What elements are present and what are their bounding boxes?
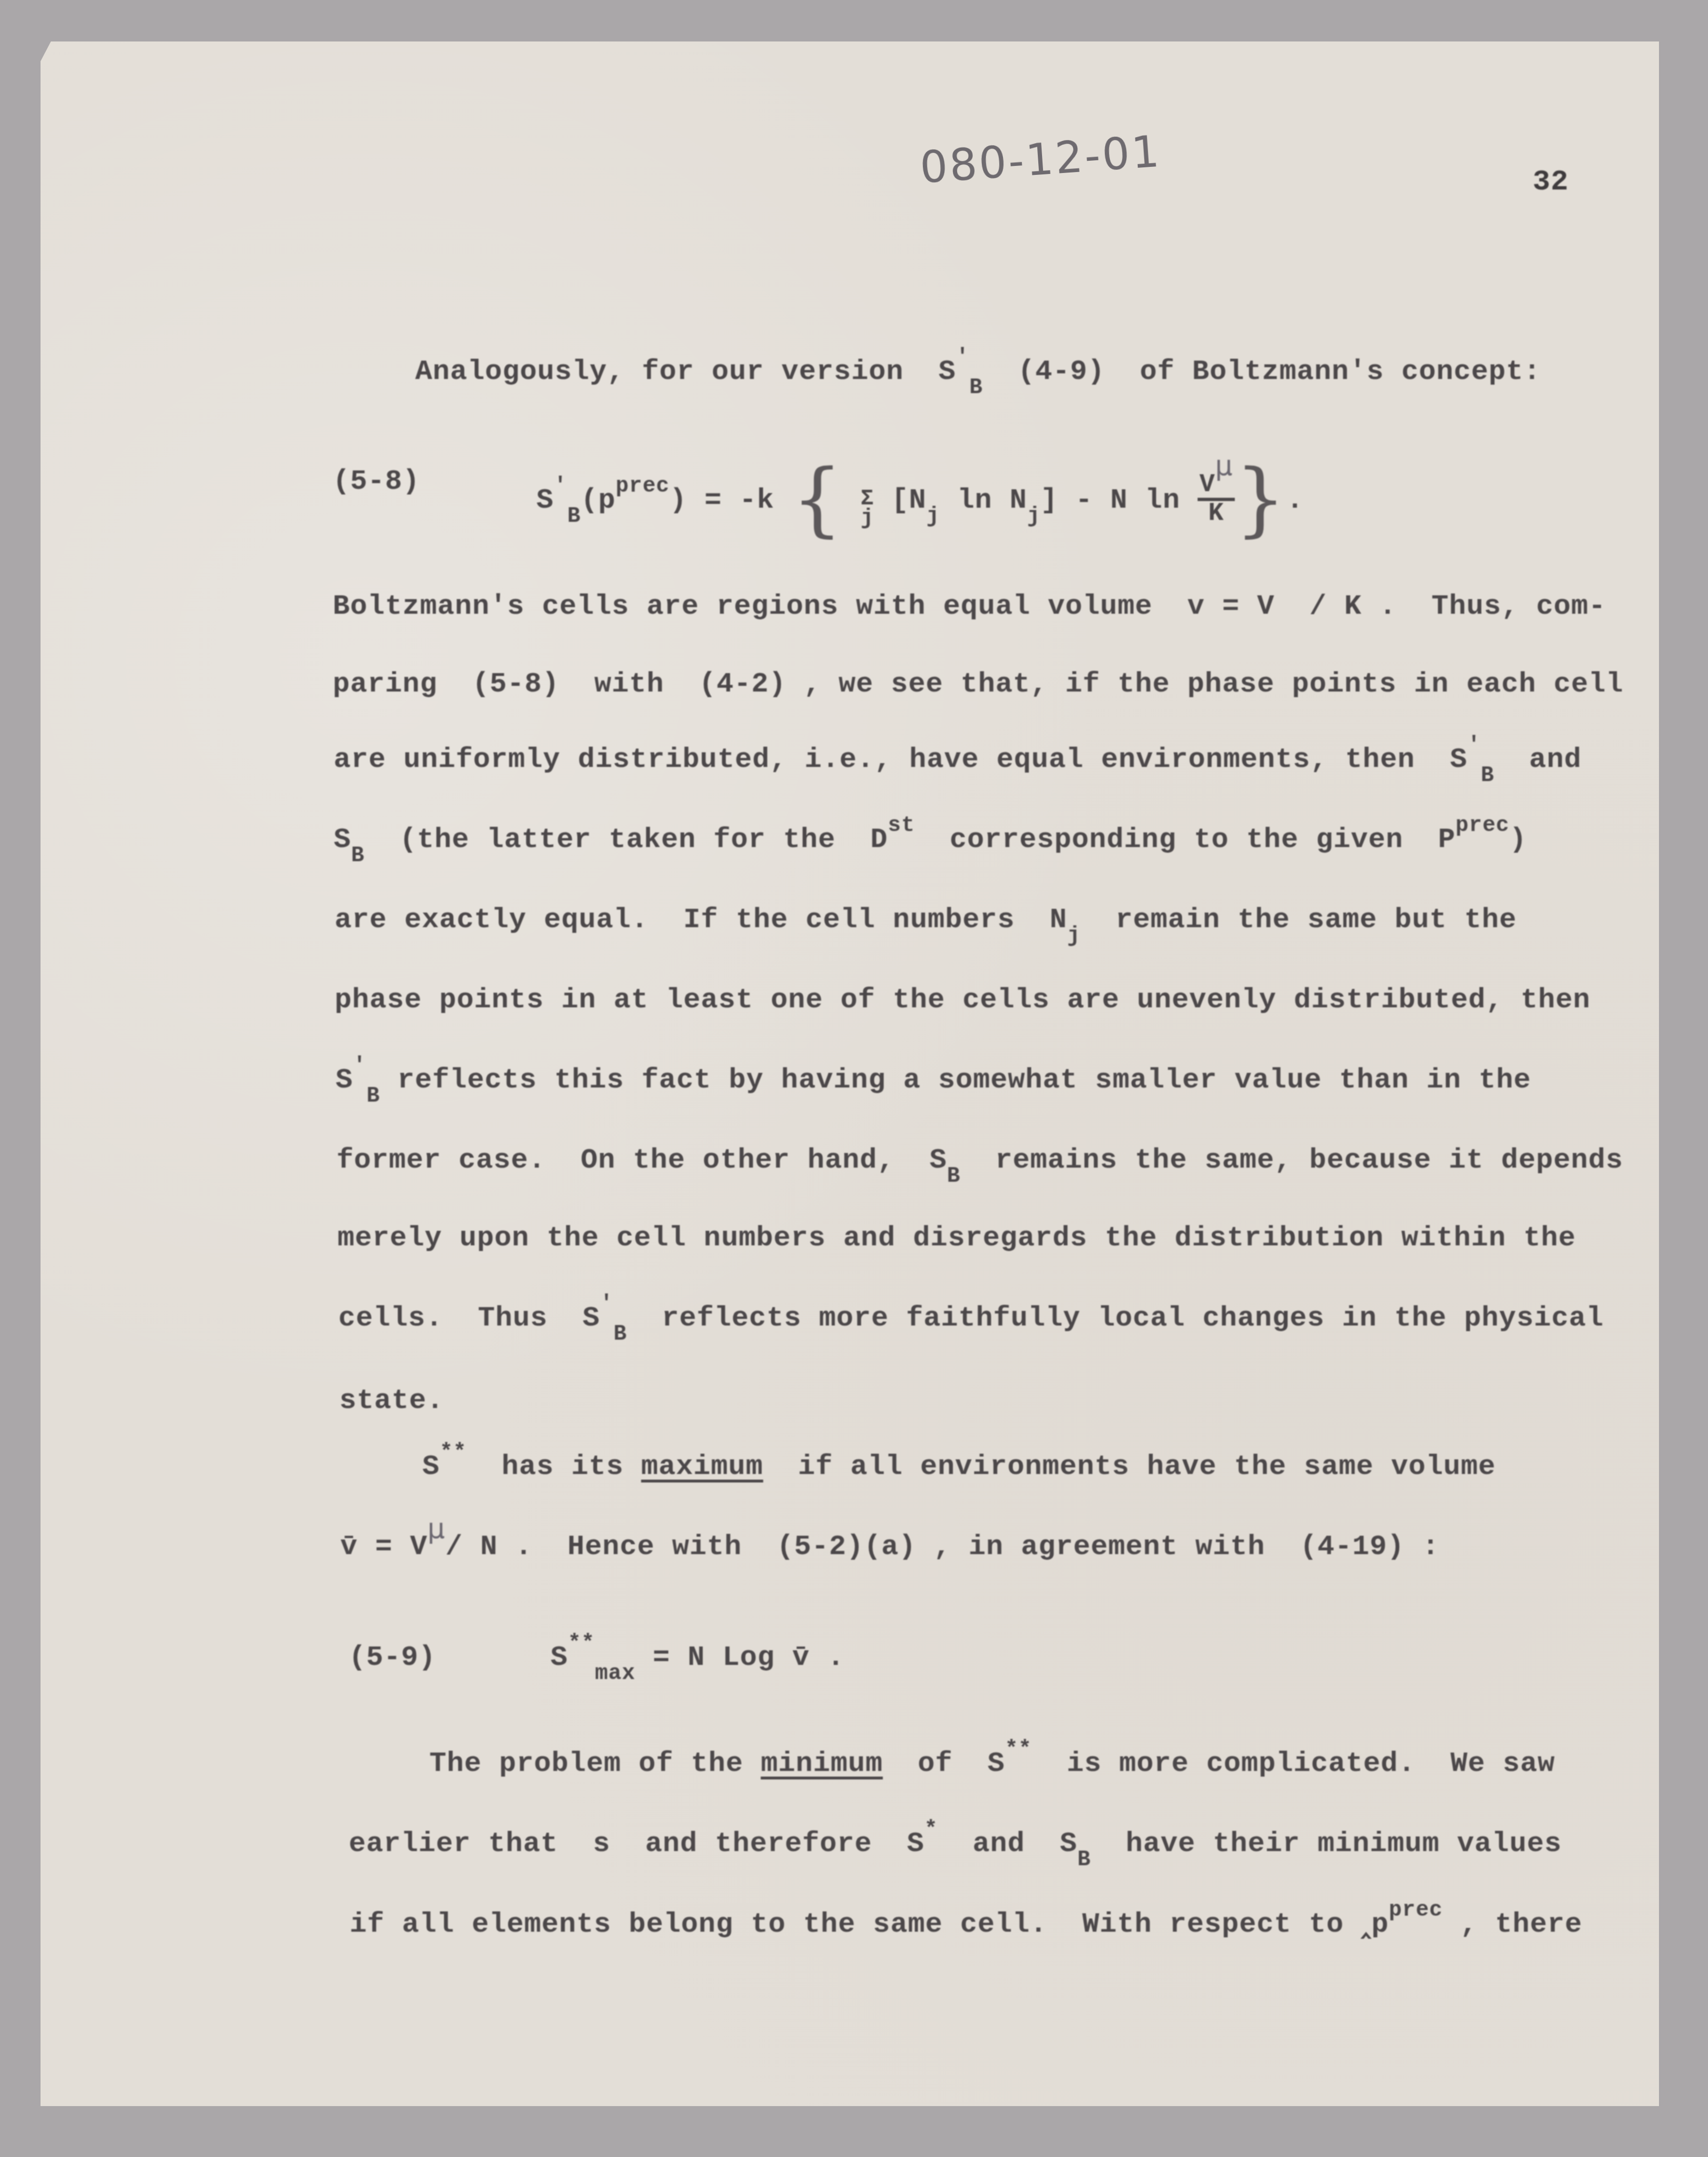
line-text: Analogously, for our version bbox=[415, 356, 903, 388]
symbol-S-prime-B: S'B bbox=[336, 1064, 380, 1096]
symbol-S-prime-B: S'B bbox=[1450, 744, 1494, 776]
line-text: of Boltzmann's concept: bbox=[1140, 356, 1541, 388]
equation-5-8: S'B(pprec) = -k { Σj [Nj ln Nj] - N ln V… bbox=[536, 466, 1304, 528]
equation-5-8-label: (5-8) bbox=[333, 466, 420, 498]
symbol-S-prime-B: S'B bbox=[938, 356, 983, 388]
symbol-S-double-star: S** bbox=[422, 1451, 467, 1483]
underlined-maximum: maximum bbox=[641, 1451, 763, 1483]
right-brace: } bbox=[1235, 453, 1286, 546]
page-number: 32 bbox=[1533, 165, 1568, 198]
equation-reference: (4-9) bbox=[1018, 356, 1105, 388]
summation-symbol: Σj bbox=[861, 489, 874, 528]
symbol-S-double-star: S** bbox=[987, 1748, 1032, 1780]
insertion-caret: ‸ bbox=[1361, 1909, 1371, 1941]
text-line-19: if all elements belong to the same cell.… bbox=[350, 1906, 1582, 1941]
underlined-minimum: minimum bbox=[761, 1748, 883, 1780]
archive-id-handwritten: 080-12-01 bbox=[919, 126, 1163, 193]
text-line-3: Boltzmann's cells are regions with equal… bbox=[333, 591, 1606, 623]
left-brace: { bbox=[792, 453, 843, 546]
text-line-5: are uniformly distributed, i.e., have eq… bbox=[334, 744, 1582, 776]
text-line-17: The problem of the minimum of S** is mor… bbox=[429, 1748, 1555, 1780]
text-line-9: S'B reflects this fact by having a somew… bbox=[336, 1064, 1531, 1096]
text-line-18: earlier that s and therefore S* and SB h… bbox=[349, 1828, 1562, 1860]
text-line-12: cells. Thus S'B reflects more faithfully… bbox=[338, 1302, 1604, 1334]
symbol-S-B: SB bbox=[929, 1144, 961, 1177]
equation-5-9-label: (5-9) bbox=[349, 1642, 436, 1674]
document-page: 080-12-01 32 Analogously, for our versio… bbox=[41, 41, 1659, 2106]
text-line-15: v̄ = Vμ/ N . Hence with (5-2)(a) , in ag… bbox=[340, 1529, 1439, 1563]
text-line-14: S** has its maximum if all environments … bbox=[422, 1451, 1496, 1483]
symbol-S-B: SB bbox=[1060, 1828, 1091, 1860]
text-line-6: SB (the latter taken for the Dst corresp… bbox=[334, 824, 1527, 856]
text-line-1: Analogously, for our version S'B (4-9) o… bbox=[415, 356, 1541, 388]
text-line-4: paring (5-8) with (4-2) , we see that, i… bbox=[333, 668, 1623, 700]
text-line-8: phase points in at least one of the cell… bbox=[335, 984, 1590, 1016]
text-line-10: former case. On the other hand, SB remai… bbox=[337, 1144, 1623, 1177]
text-line-7: are exactly equal. If the cell numbers N… bbox=[335, 904, 1517, 936]
equation-5-9: S**max = N Log v̄ . bbox=[550, 1642, 845, 1674]
text-line-13: state. bbox=[339, 1385, 444, 1417]
fraction-V-mu-over-K: VμK bbox=[1198, 466, 1235, 527]
symbol-S-B: SB bbox=[334, 824, 365, 856]
text-line-11: merely upon the cell numbers and disrega… bbox=[337, 1222, 1576, 1254]
symbol-S-prime-B: S'B bbox=[536, 485, 581, 517]
symbol-S-star: S* bbox=[907, 1828, 938, 1860]
symbol-S-prime-B: S'B bbox=[583, 1302, 627, 1334]
